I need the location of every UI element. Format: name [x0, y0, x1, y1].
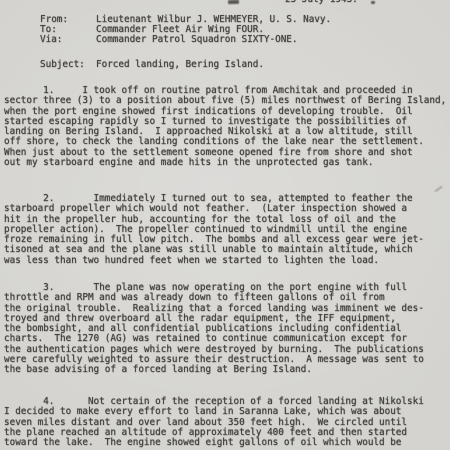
subject-row: Subject: Forced landing, Bering Island. [40, 60, 264, 70]
pencil-mark [434, 186, 442, 193]
subject-label: Subject: [40, 60, 96, 70]
ink-smudge [228, 0, 239, 4]
paragraph-4: 4. Not certain of the reception of a for… [4, 397, 450, 448]
paragraph-1: 1. I took off on routine patrol from Amc… [4, 86, 450, 168]
date-line: 25 July 1943. [285, 0, 358, 5]
paragraph-2: 2. Immediately I turned out to sea, atte… [4, 194, 450, 266]
paragraph-3: 3. The plane was now operating on the po… [4, 283, 450, 376]
memo-header: From: Lieutenant Wilbur J. WEHMEYER, U. … [40, 15, 331, 46]
via-value: Commander Patrol Squadron SIXTY-ONE. [96, 35, 298, 45]
subject-value: Forced landing, Bering Island. [96, 60, 264, 70]
via-label: Via: [40, 35, 96, 45]
header-row-via: Via: Commander Patrol Squadron SIXTY-ONE… [40, 35, 331, 45]
document-page: 25 July 1943. From: Lieutenant Wilbur J.… [0, 0, 450, 450]
ink-speck [371, 1, 375, 4]
